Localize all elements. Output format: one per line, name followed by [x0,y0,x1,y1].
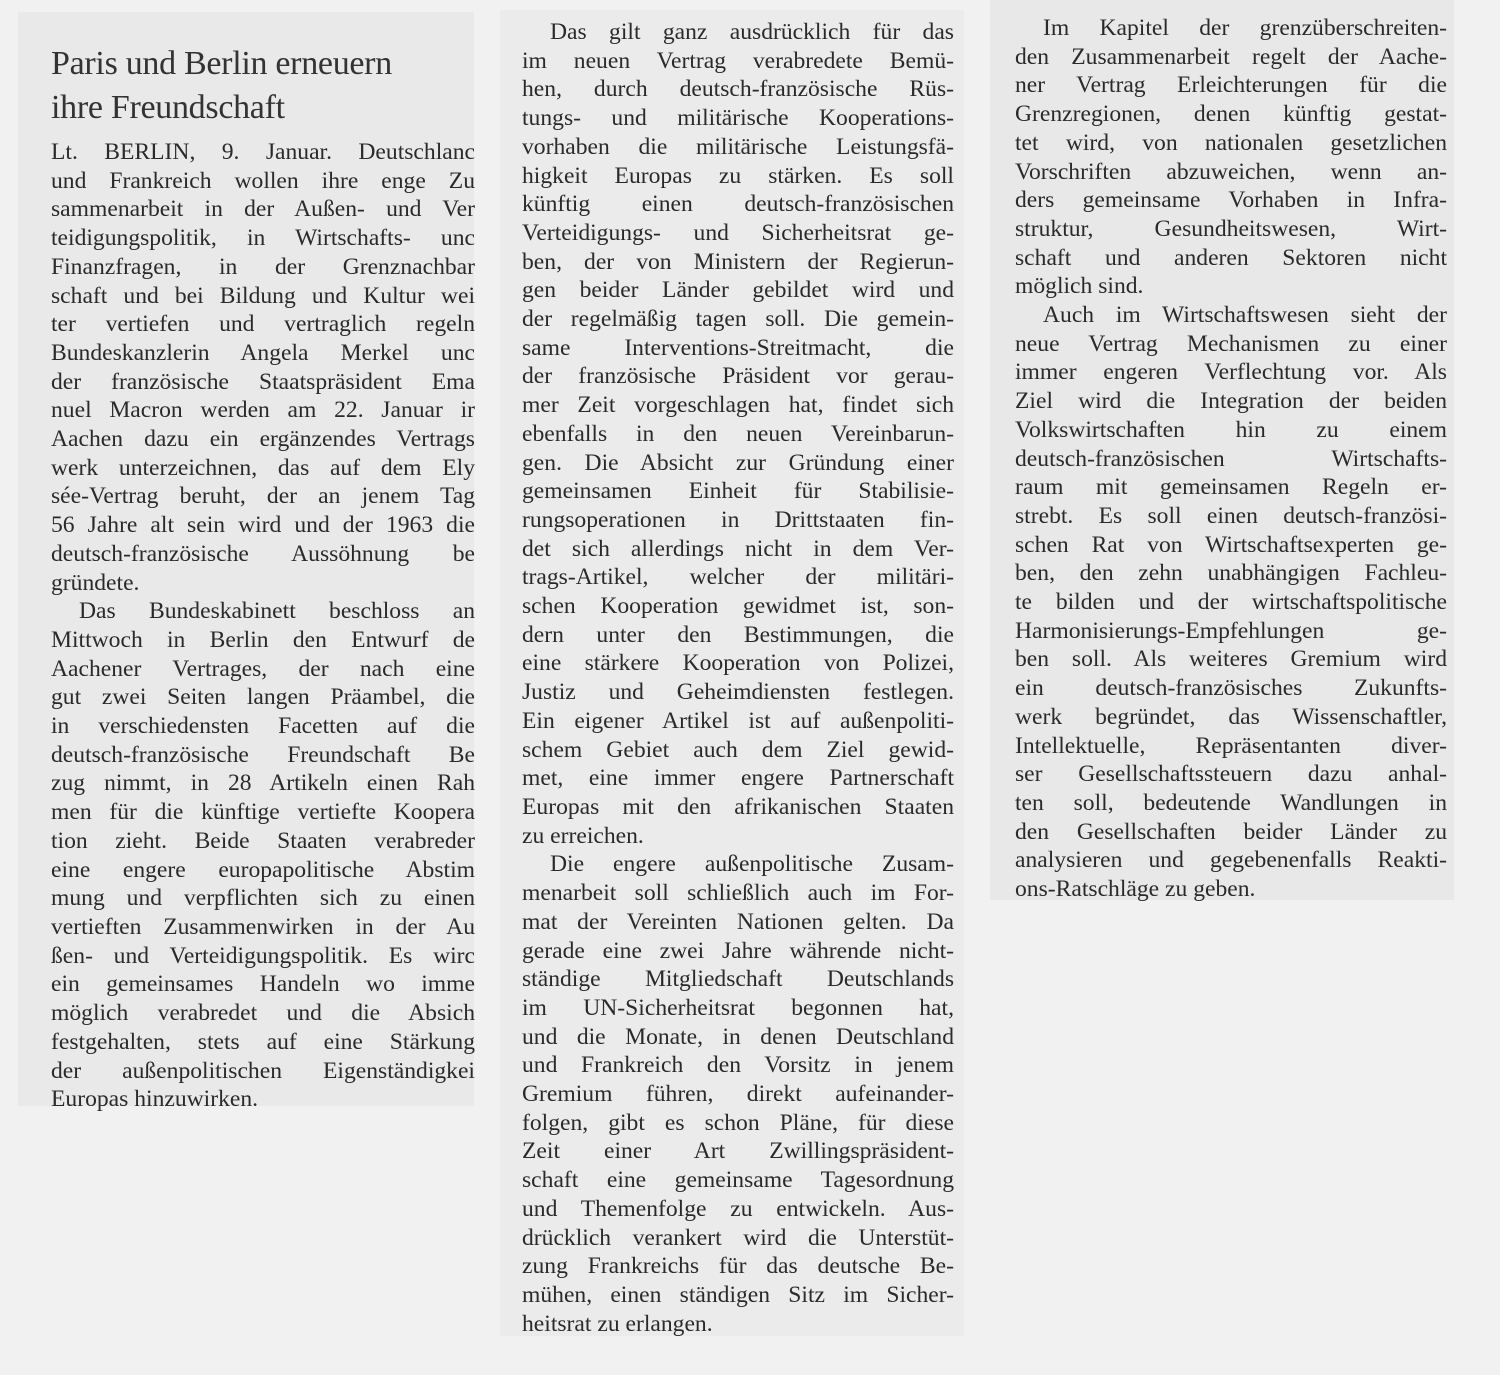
text-line: hen, durch deutsch-französische Rüs- [522,75,954,104]
text-line: werk begründet, das Wissenschaftler, [1015,703,1447,732]
text-line: sammenarbeit in der Außen- und Ver [51,195,475,224]
text-line: deutsch-französische Aussöhnung be [51,540,475,569]
text-line: gen beider Länder gebildet wird und [522,276,954,305]
text-line: zug nimmt, in 28 Artikeln einen Rah [51,769,475,798]
text-line: Auch im Wirtschaftswesen sieht der [1015,301,1447,330]
text-line: tungs- und militärische Kooperations- [522,104,954,133]
text-line: heitsrat zu erlangen. [522,1310,954,1339]
text-line: Die engere außenpolitische Zusam- [522,850,954,879]
text-line: Finanzfragen, in der Grenznachbar [51,253,475,282]
text-line: ben, den zehn unabhängigen Fachleu- [1015,559,1447,588]
text-line: vertieften Zusammenwirken in der Au [51,913,475,942]
text-line: Grenzregionen, denen künftig gestat- [1015,100,1447,129]
headline-line-1: Paris und Berlin erneuern [51,42,471,86]
text-line: möglich sind. [1015,272,1447,301]
text-line: Das Bundeskabinett beschloss an [51,597,475,626]
text-line: ben, der von Ministern der Regierun- [522,248,954,277]
article-column-2: Das gilt ganz ausdrücklich für dasim neu… [522,18,954,1338]
text-line: nuel Macron werden am 22. Januar ir [51,396,475,425]
article-headline: Paris und Berlin erneuern ihre Freundsch… [51,42,471,130]
text-line: Aachener Vertrages, der nach eine [51,655,475,684]
text-line: Intellektuelle, Repräsentanten diver- [1015,732,1447,761]
text-line: mat der Vereinten Nationen gelten. Da [522,908,954,937]
text-line: ten soll, bedeutende Wandlungen in [1015,789,1447,818]
text-line: Verteidigungs- und Sicherheitsrat ge- [522,219,954,248]
text-line: gen. Die Absicht zur Gründung einer [522,449,954,478]
text-line: und Themenfolge zu entwickeln. Aus- [522,1195,954,1224]
text-line: drücklich verankert wird die Unterstüt- [522,1224,954,1253]
text-line: ebenfalls in den neuen Vereinbarun- [522,420,954,449]
text-line: Harmonisierungs-Empfehlungen ge- [1015,617,1447,646]
text-line: rungsoperationen in Drittstaaten fin- [522,506,954,535]
text-line: möglich verabredet und die Absich [51,999,475,1028]
text-line: higkeit Europas zu stärken. Es soll [522,162,954,191]
text-line: deutsch-französische Freundschaft Be [51,741,475,770]
text-line: ben soll. Als weiteres Gremium wird [1015,645,1447,674]
article-column-3: Im Kapitel der grenzüberschreiten-den Zu… [1015,14,1447,904]
text-line: mühen, einen ständigen Sitz im Sicher- [522,1281,954,1310]
text-line: ter vertiefen und vertraglich regeln [51,310,475,339]
text-line: in verschiedensten Facetten auf die [51,712,475,741]
text-line: Mittwoch in Berlin den Entwurf de [51,626,475,655]
text-line: gut zwei Seiten langen Präambel, die [51,683,475,712]
text-line: ser Gesellschaftssteuern dazu anhal- [1015,760,1447,789]
text-line: Ziel wird die Integration der beiden [1015,387,1447,416]
text-line: ders gemeinsame Vorhaben in Infra- [1015,186,1447,215]
text-line: der außenpolitischen Eigenständigkei [51,1057,475,1086]
text-line: Vorschriften abzuweichen, wenn an- [1015,158,1447,187]
text-line: der regelmäßig tagen soll. Die gemein- [522,305,954,334]
text-line: mung und verpflichten sich zu einen [51,884,475,913]
text-line: Justiz und Geheimdiensten festlegen. [522,678,954,707]
text-line: im neuen Vertrag verabredete Bemü- [522,47,954,76]
text-line: menarbeit soll schließlich auch im For- [522,879,954,908]
text-line: Zeit einer Art Zwillingspräsident- [522,1137,954,1166]
article-column-1: Lt. BERLIN, 9. Januar. Deutschlancund Fr… [51,138,475,1114]
text-line: mer Zeit vorgeschlagen hat, findet sich [522,391,954,420]
text-line: zung Frankreichs für das deutsche Be- [522,1252,954,1281]
text-line: und die Monate, in denen Deutschland [522,1023,954,1052]
text-line: same Interventions-Streitmacht, die [522,334,954,363]
text-line: eine stärkere Kooperation von Polizei, [522,649,954,678]
text-line: met, eine immer engere Partnerschaft [522,764,954,793]
text-line: Europas hinzuwirken. [51,1085,475,1114]
text-line: künftig einen deutsch-französischen [522,190,954,219]
text-line: zu erreichen. [522,822,954,851]
text-line: ons-Ratschläge zu geben. [1015,875,1447,904]
text-line: te bilden und der wirtschaftspolitische [1015,588,1447,617]
text-line: deutsch-französischen Wirtschafts- [1015,445,1447,474]
text-line: eine engere europapolitische Abstim [51,856,475,885]
text-line: raum mit gemeinsamen Regeln er- [1015,473,1447,502]
text-line: Aachen dazu ein ergänzendes Vertrags [51,425,475,454]
text-line: Das gilt ganz ausdrücklich für das [522,18,954,47]
text-line: strebt. Es soll einen deutsch-französi- [1015,502,1447,531]
text-line: 56 Jahre alt sein wird und der 1963 die [51,511,475,540]
text-line: schen Rat von Wirtschaftsexperten ge- [1015,531,1447,560]
text-line: tet wird, von nationalen gesetzlichen [1015,129,1447,158]
text-line: teidigungspolitik, in Wirtschafts- unc [51,224,475,253]
text-line: Gremium führen, direkt aufeinander- [522,1080,954,1109]
text-line: den Zusammenarbeit regelt der Aache- [1015,43,1447,72]
text-line: und Frankreich wollen ihre enge Zu [51,167,475,196]
text-line: im UN-Sicherheitsrat begonnen hat, [522,994,954,1023]
text-line: vorhaben die militärische Leistungsfä- [522,133,954,162]
text-line: Ein eigener Artikel ist auf außenpoliti- [522,707,954,736]
text-line: immer engeren Verflechtung vor. Als [1015,358,1447,387]
text-line: gerade eine zwei Jahre währende nicht- [522,937,954,966]
text-line: werk unterzeichnen, das auf dem Ely [51,454,475,483]
text-line: der französische Präsident vor gerau- [522,362,954,391]
text-line: ßen- und Verteidigungspolitik. Es wirc [51,942,475,971]
text-line: struktur, Gesundheitswesen, Wirt- [1015,215,1447,244]
text-line: sée-Vertrag beruht, der an jenem Tag [51,482,475,511]
text-line: der französische Staatspräsident Ema [51,368,475,397]
text-line: schem Gebiet auch dem Ziel gewid- [522,736,954,765]
text-line: schen Kooperation gewidmet ist, son- [522,592,954,621]
text-line: und Frankreich den Vorsitz in jenem [522,1051,954,1080]
text-line: det sich allerdings nicht in dem Ver- [522,535,954,564]
text-line: men für die künftige vertiefte Koopera [51,798,475,827]
text-line: tion zieht. Beide Staaten verabreder [51,827,475,856]
text-line: analysieren und gegebenenfalls Reakti- [1015,846,1447,875]
headline-line-2: ihre Freundschaft [51,86,471,130]
text-line: ein gemeinsames Handeln wo imme [51,970,475,999]
text-line: neue Vertrag Mechanismen zu einer [1015,330,1447,359]
text-line: folgen, gibt es schon Pläne, für diese [522,1109,954,1138]
text-line: schaft und anderen Sektoren nicht [1015,244,1447,273]
text-line: schaft eine gemeinsame Tagesordnung [522,1166,954,1195]
text-line: Volkswirtschaften hin zu einem [1015,416,1447,445]
text-line: Im Kapitel der grenzüberschreiten- [1015,14,1447,43]
text-line: schaft und bei Bildung und Kultur wei [51,282,475,311]
text-line: trags-Artikel, welcher der militäri- [522,563,954,592]
text-line: Europas mit den afrikanischen Staaten [522,793,954,822]
text-line: ner Vertrag Erleichterungen für die [1015,71,1447,100]
text-line: festgehalten, stets auf eine Stärkung [51,1028,475,1057]
text-line: Bundeskanzlerin Angela Merkel unc [51,339,475,368]
text-line: ständige Mitgliedschaft Deutschlands [522,965,954,994]
text-line: Lt. BERLIN, 9. Januar. Deutschlanc [51,138,475,167]
text-line: gemeinsamen Einheit für Stabilisie- [522,477,954,506]
text-line: dern unter den Bestimmungen, die [522,621,954,650]
text-line: gründete. [51,569,475,598]
text-line: ein deutsch-französisches Zukunfts- [1015,674,1447,703]
text-line: den Gesellschaften beider Länder zu [1015,818,1447,847]
